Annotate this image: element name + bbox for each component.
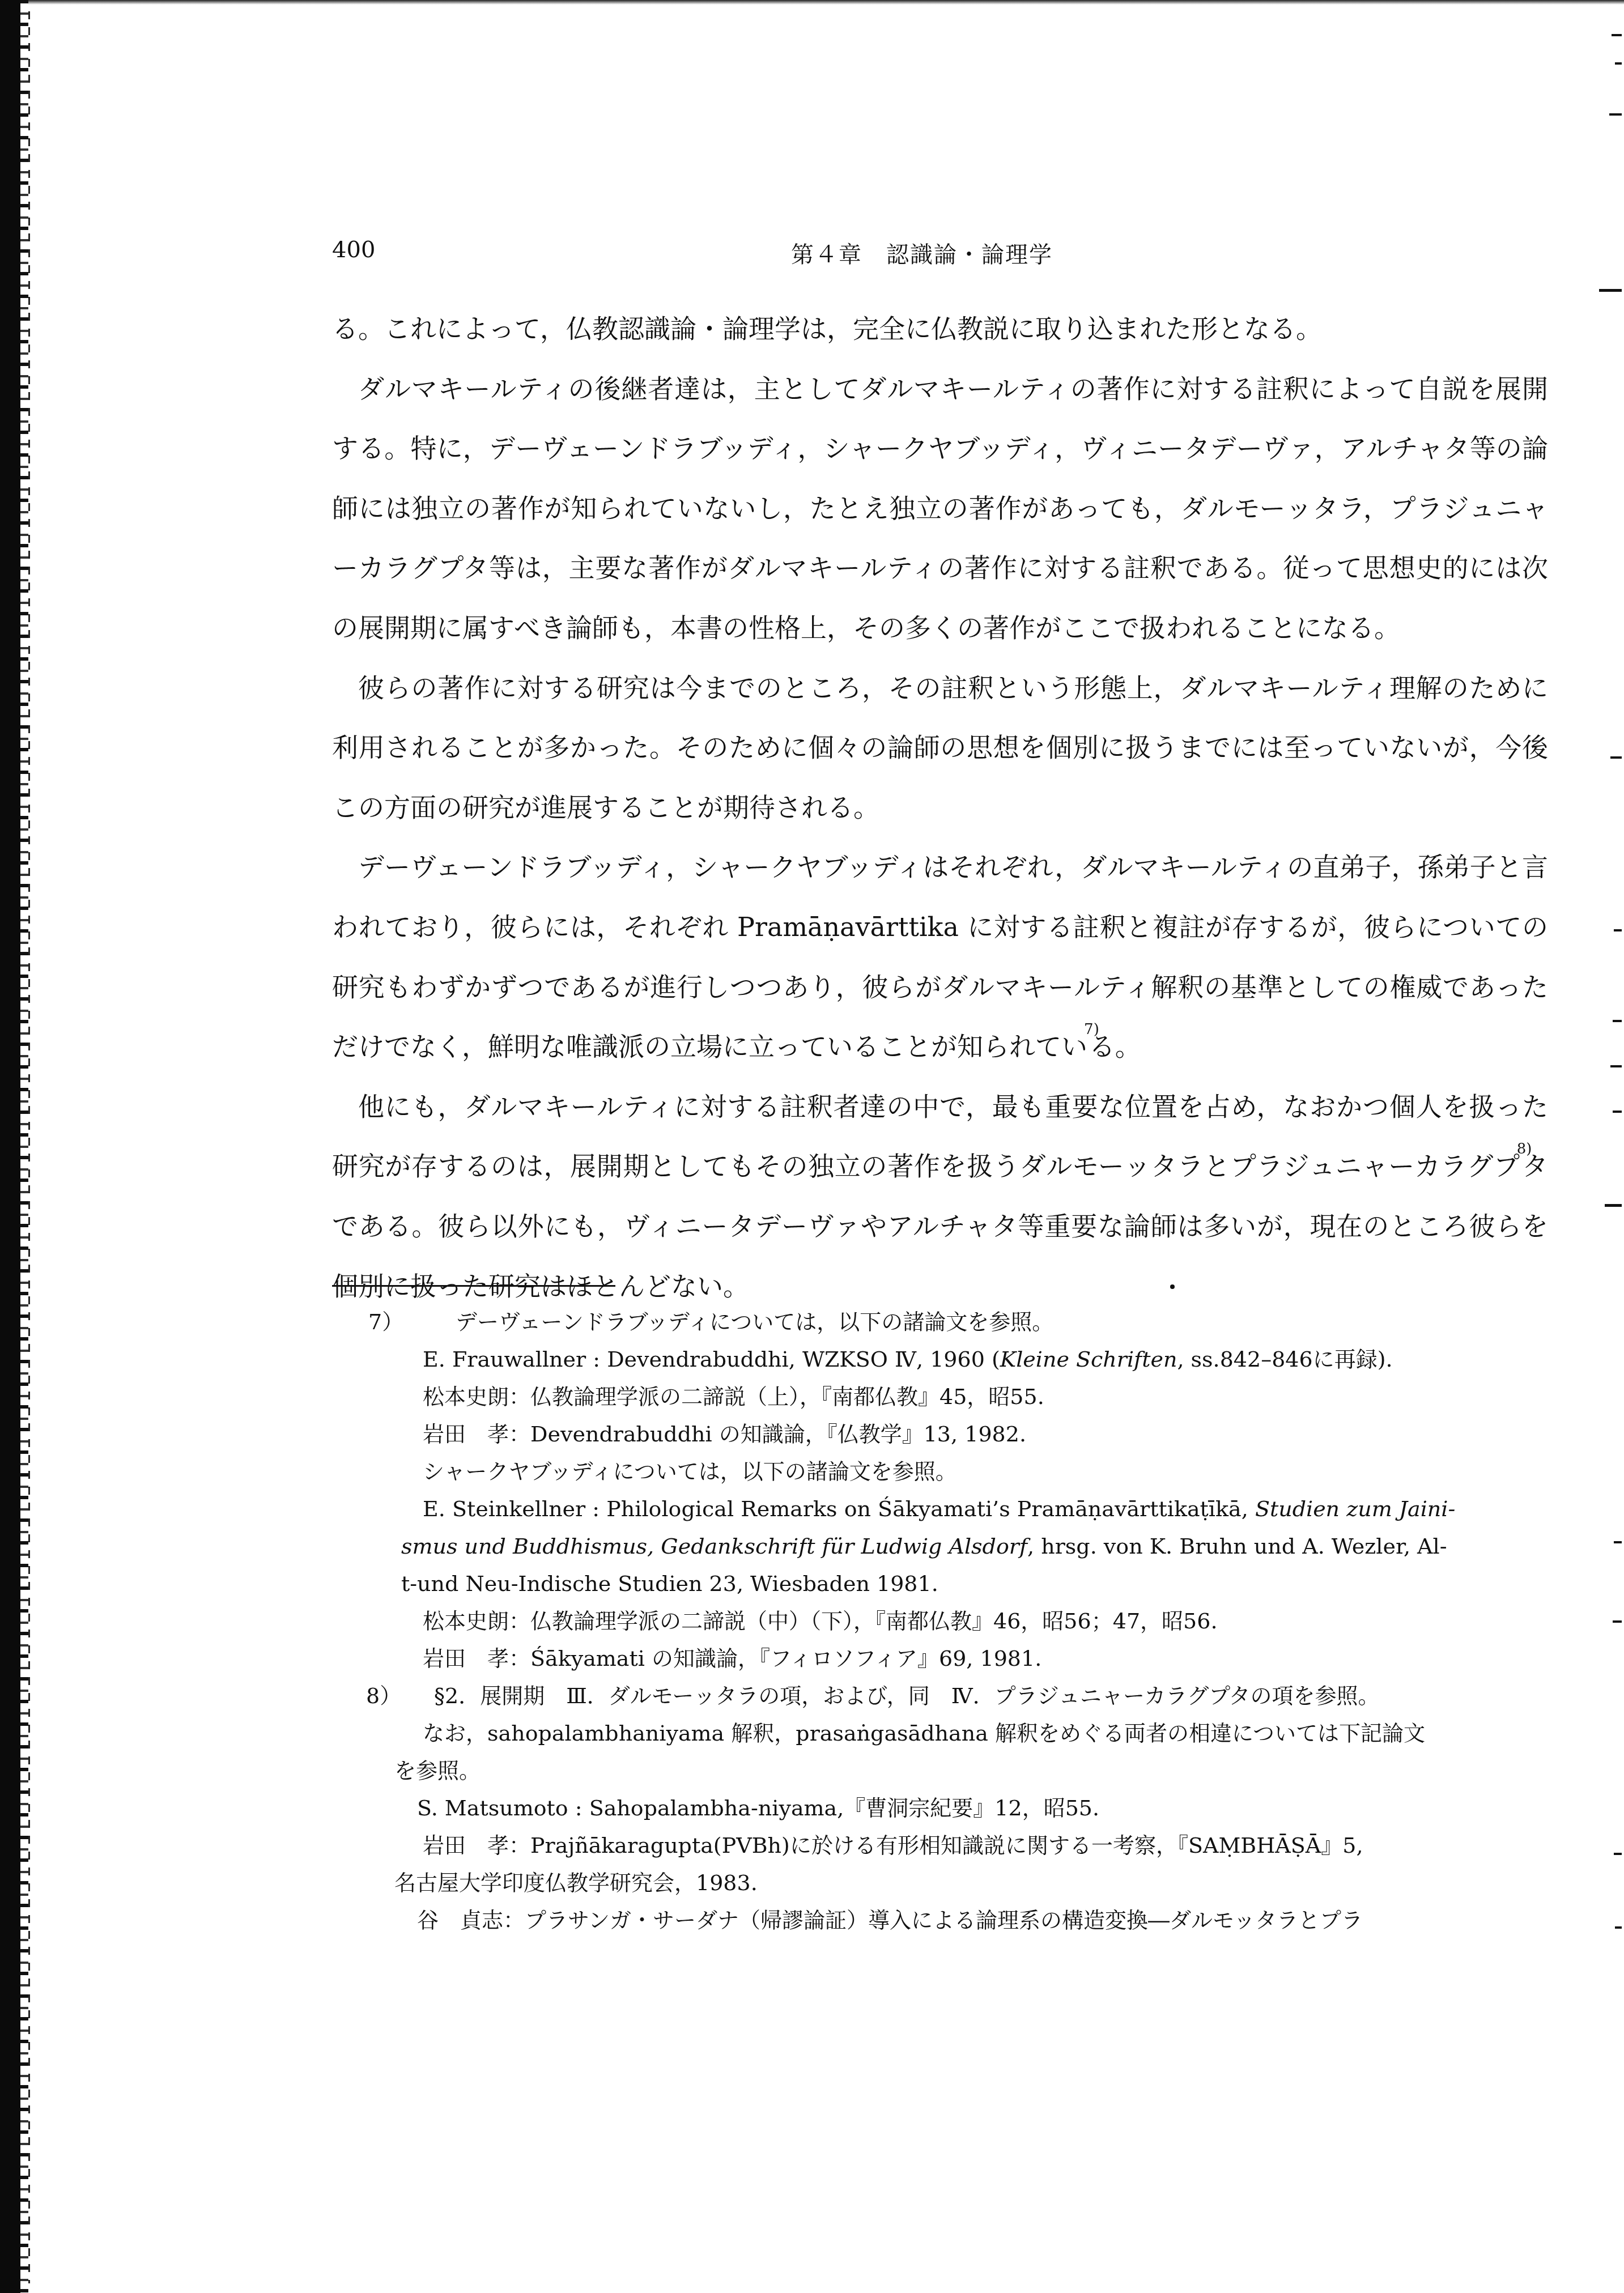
footnote-line: シャークヤブッディについては，以下の諸論文を参照。 <box>332 1453 1548 1490</box>
footnote-citation: 松本史朗：仏教論理学派の二諦説（上），『南都仏教』45，昭55. <box>332 1378 1548 1415</box>
scan-speck <box>1170 1284 1175 1289</box>
paragraph-text: 他にも，ダルマキールティに対する註釈者達の中で，最も重要な位置を占め，なおかつ個… <box>332 1091 1548 1182</box>
footnote-citation-continued: smus und Buddhismus, Gedankschrift für L… <box>332 1528 1548 1565</box>
footnote-line: なお，sahopalambhaniyama 解釈，prasaṅgasādhana… <box>332 1715 1548 1752</box>
running-head: 400 第４章 認識論・論理学 <box>332 237 1548 271</box>
footnotes: 7） デーヴェーンドラブッディについては，以下の諸論文を参照。 E. Frauw… <box>332 1303 1548 1939</box>
footnote-line: デーヴェーンドラブッディについては，以下の諸論文を参照。 <box>332 1303 1548 1341</box>
body-text: る。これによって，仏教認識論・論理学は，完全に仏教説に取り込まれた形となる。 ダ… <box>332 299 1548 1316</box>
footnote-line: を参照。 <box>332 1752 1548 1789</box>
footnote-number: 7） <box>368 1303 403 1341</box>
footnote-line: §2．展開期 Ⅲ．ダルモーッタラの項，および，同 Ⅳ．プラジュニャーカラグプタの… <box>332 1677 1548 1715</box>
paragraph-text: デーヴェーンドラブッディ，シャークヤブッディはそれぞれ，ダルマキールティの直弟子… <box>332 852 1548 1062</box>
paragraph: デーヴェーンドラブッディ，シャークヤブッディはそれぞれ，ダルマキールティの直弟子… <box>332 837 1548 1077</box>
footnote-8: 8） §2．展開期 Ⅲ．ダルモーッタラの項，および，同 Ⅳ．プラジュニャーカラグ… <box>332 1677 1548 1939</box>
footnote-number: 8） <box>366 1677 401 1715</box>
footnote-7: 7） デーヴェーンドラブッディについては，以下の諸論文を参照。 E. Frauw… <box>332 1303 1548 1677</box>
footnote-citation: 松本史朗：仏教論理学派の二諦説（中）（下），『南都仏教』46，昭56；47，昭5… <box>332 1602 1548 1640</box>
paragraph: ダルマキールティの後継者達は，主としてダルマキールティの著作に対する註釈によって… <box>332 359 1548 658</box>
paragraph: 他にも，ダルマキールティに対する註釈者達の中で，最も重要な位置を占め，なおかつ個… <box>332 1077 1548 1316</box>
footnote-citation-continued: t-und Neu-Indische Studien 23, Wiesbaden… <box>332 1565 1548 1602</box>
footnote-citation: 岩田 孝：Prajñākaragupta(PVBh)に於ける有形相知識説に関する… <box>332 1827 1548 1864</box>
footnote-citation-continued: 名古屋大学印度仏教学研究会，1983. <box>332 1864 1548 1901</box>
paragraph: 彼らの著作に対する研究は今までのところ，その註釈という形態上，ダルマキールティ理… <box>332 658 1548 838</box>
footnote-citation: S. Matsumoto : Sahopalambha-niyama,『曹洞宗紀… <box>332 1789 1548 1827</box>
footnote-citation: E. Frauwallner : Devendrabuddhi, WZKSO Ⅳ… <box>332 1341 1548 1378</box>
scan-left-edge <box>0 0 20 2293</box>
footnote-citation: 谷 貞志：プラサンガ・サーダナ（帰謬論証）導入による論理系の構造変換―ダルモッタ… <box>332 1901 1548 1939</box>
paragraph-text: る。 <box>1089 1031 1141 1062</box>
paragraph: る。これによって，仏教認識論・論理学は，完全に仏教説に取り込まれた形となる。 <box>332 299 1548 359</box>
scan-top-shadow <box>0 0 1624 5</box>
footnote-citation: E. Steinkellner : Philological Remarks o… <box>332 1490 1548 1528</box>
scan-left-edge-texture <box>20 0 28 2293</box>
footnote-citation: 岩田 孝：Devendrabuddhi の知識論，『仏教学』13, 1982. <box>332 1415 1548 1453</box>
footnote-separator <box>332 1285 615 1287</box>
chapter-title: 第４章 認識論・論理学 <box>791 237 1053 269</box>
scan-binding-line <box>28 11 30 2283</box>
footnote-citation: 岩田 孝：Śākyamati の知識論，『フィロソフィア』69, 1981. <box>332 1640 1548 1677</box>
scan-right-edge <box>1607 0 1624 2293</box>
page-number: 400 <box>332 237 375 263</box>
